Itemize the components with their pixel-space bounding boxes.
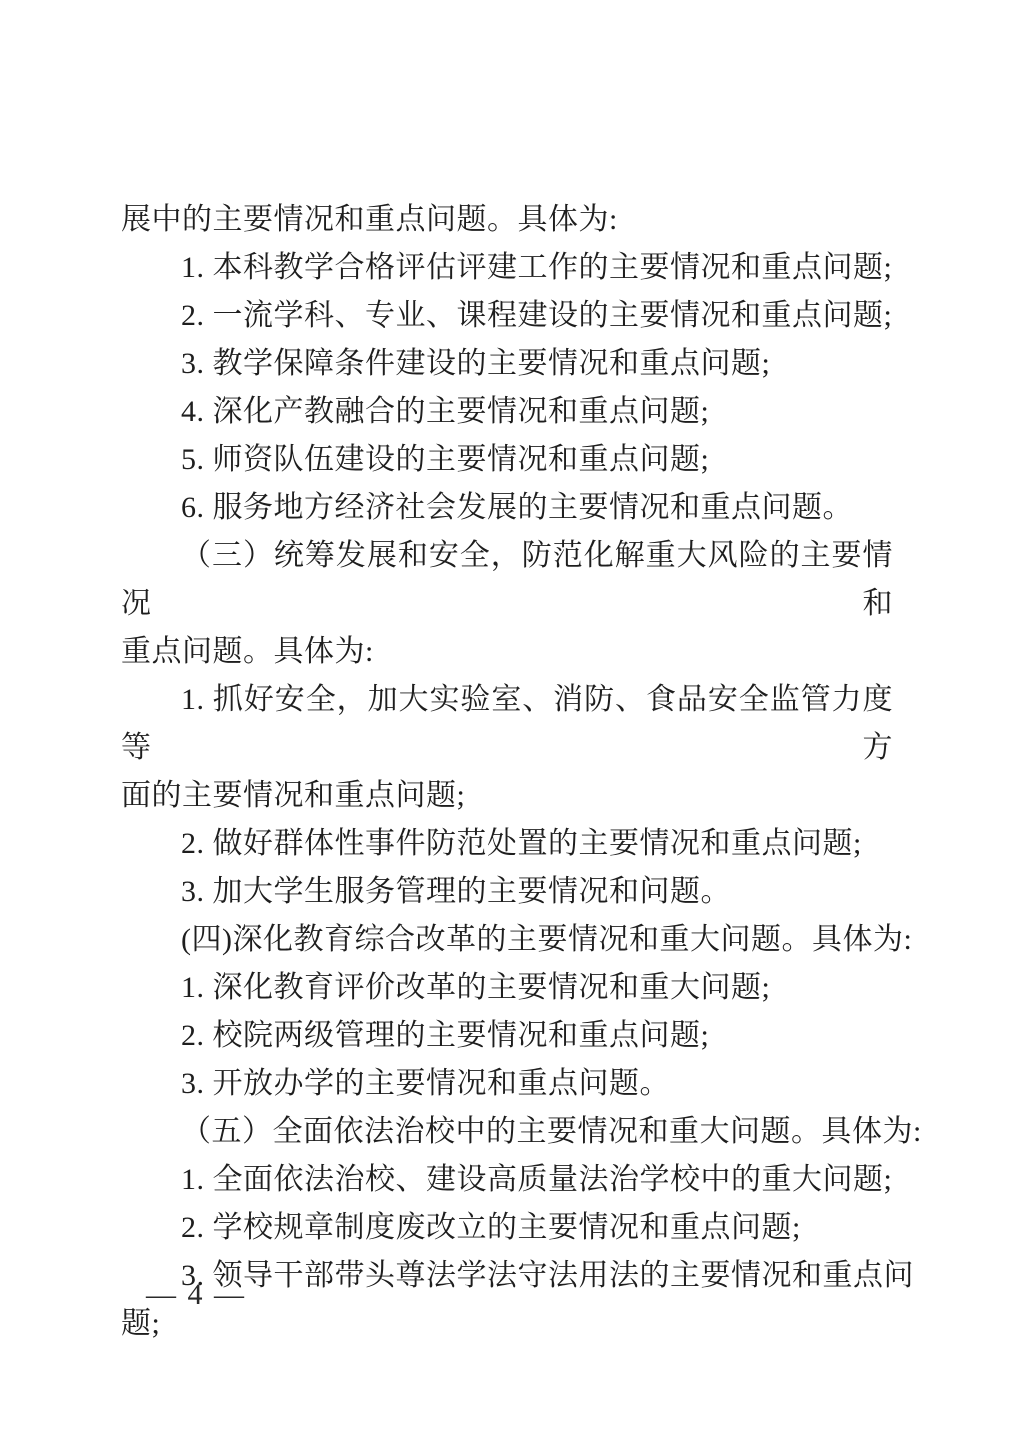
doc-line: 1. 深化教育评价改革的主要情况和重大问题; [121, 964, 893, 1012]
doc-line: 展中的主要情况和重点问题。具体为: [121, 196, 893, 244]
doc-line: （三）统筹发展和安全，防范化解重大风险的主要情况和 [121, 532, 893, 628]
doc-line: 2. 学校规章制度废改立的主要情况和重点问题; [121, 1204, 893, 1252]
doc-line: (四)深化教育综合改革的主要情况和重大问题。具体为: [121, 916, 893, 964]
document-page: 展中的主要情况和重点问题。具体为: 1. 本科教学合格评估评建工作的主要情况和重… [0, 0, 1024, 1448]
doc-line: 重点问题。具体为: [121, 628, 893, 676]
doc-line: 1. 本科教学合格评估评建工作的主要情况和重点问题; [121, 244, 893, 292]
doc-line: 2. 做好群体性事件防范处置的主要情况和重点问题; [121, 820, 893, 868]
doc-line: 面的主要情况和重点问题; [121, 772, 893, 820]
page-number: — 4 — [146, 1277, 246, 1313]
doc-line: 6. 服务地方经济社会发展的主要情况和重点问题。 [121, 484, 893, 532]
doc-line: 2. 校院两级管理的主要情况和重点问题; [121, 1012, 893, 1060]
doc-line: 4. 深化产教融合的主要情况和重点问题; [121, 388, 893, 436]
doc-line: 3. 教学保障条件建设的主要情况和重点问题; [121, 340, 893, 388]
doc-line: 1. 抓好安全，加大实验室、消防、食品安全监管力度等方 [121, 676, 893, 772]
doc-line: （五）全面依法治校中的主要情况和重大问题。具体为: [121, 1108, 893, 1156]
doc-line: 3. 加大学生服务管理的主要情况和问题。 [121, 868, 893, 916]
doc-line: 3. 开放办学的主要情况和重点问题。 [121, 1060, 893, 1108]
doc-line: 2. 一流学科、专业、课程建设的主要情况和重点问题; [121, 292, 893, 340]
doc-line: 1. 全面依法治校、建设高质量法治学校中的重大问题; [121, 1156, 893, 1204]
document-body: 展中的主要情况和重点问题。具体为: 1. 本科教学合格评估评建工作的主要情况和重… [121, 196, 893, 1348]
doc-line: 5. 师资队伍建设的主要情况和重点问题; [121, 436, 893, 484]
